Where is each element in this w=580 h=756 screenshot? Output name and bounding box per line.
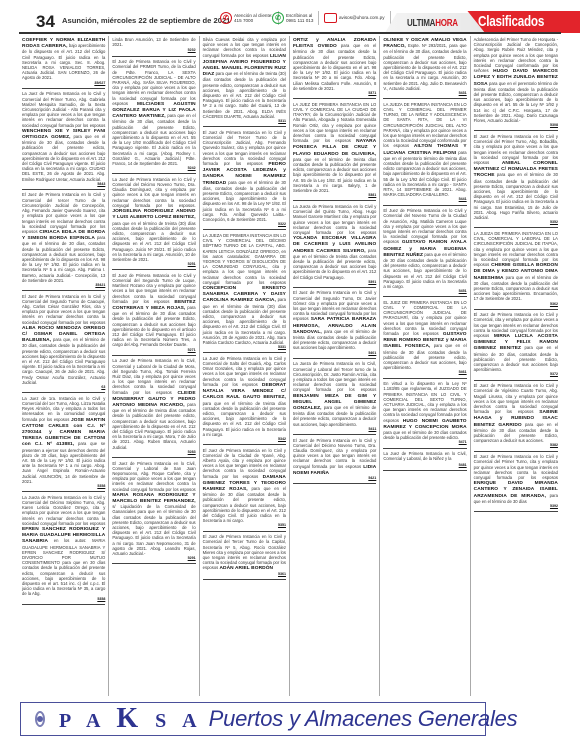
legal-notice: La Jueza de Primera Instancia en lo Civi… [293, 360, 376, 435]
contact-whatsapp: ✆ Escríbinos al0981 111 013 [272, 11, 319, 25]
column-5: OLINIKE Y OSCAR AMALIO VEGA FRANCO, Expt… [380, 36, 470, 696]
notice-text: Adolescencia del Primer Turno de Horquet… [474, 37, 558, 73]
notice-code: 5308 [474, 123, 558, 128]
notice-text: Linda Brun Asunción, 13 de Setiembre de … [112, 37, 195, 47]
legal-notice: El Juez de Primera Instancia en lo Civil… [474, 133, 558, 228]
notice-text: para que en el perentorio término de tre… [383, 150, 466, 198]
notice-names: JORGELINA RODRIGUEZ ANDINO Y LUIS ALBERT… [112, 209, 195, 220]
paksa-seal-icon [35, 711, 45, 727]
notice-code: 5311 [203, 119, 286, 124]
notice-text: para que en el término de treinta (30) d… [203, 297, 286, 345]
notice-text: El Juez de Primera Instancia en lo Civil… [112, 461, 195, 492]
legal-notice: El Juez de Primera Instancia en lo Civil… [474, 382, 558, 451]
whatsapp-icon: ✆ [272, 12, 284, 24]
notice-text: para que en el término de 30 días contad… [293, 43, 376, 91]
notice-text: El Juez de Primera Instancia en lo Civil… [22, 294, 105, 325]
notice-code: 5371 [293, 91, 376, 96]
notice-text: para que en el término de 30 días contad… [474, 172, 558, 220]
column-3: Silvia Cuevas Deidai cita y emplaza por … [200, 36, 290, 696]
legal-notice: La Juez de Primera Instancia en lo Civil… [112, 357, 195, 458]
notice-text: bajo apercibimiento de lo dispuesto en e… [22, 43, 105, 80]
notice-code: 5242 [112, 166, 195, 171]
section-title: Clasificados [478, 13, 544, 30]
notice-code: 5372 [474, 372, 558, 377]
notice-code: 5342 [203, 437, 286, 442]
notice-code: 5401 [293, 351, 376, 356]
notice-text: En virtud a lo dispuesto en la Ley Nº 1.… [383, 381, 466, 422]
legal-notice: El Juez de Primera Instancia en lo Civil… [112, 460, 195, 565]
brand-part: K [116, 703, 144, 734]
notice-text: La Juez de Primera Instancia en lo Civil… [112, 177, 195, 208]
legal-notice: El Juez de Primera Instancia en lo Civil… [293, 437, 376, 485]
legal-notice: El Juez de Primera Instancia en lo Civil… [22, 191, 105, 291]
notice-text: EL JUEZ DE PRIMERA INSTANCIA EN LO CIVIL… [383, 300, 466, 336]
column-2: Linda Brun Asunción, 13 de Setiembre de … [109, 36, 199, 696]
notice-code: 5411 [293, 427, 376, 432]
notice-text: El Juez de Primera Instancia en lo Civil… [474, 454, 558, 480]
notice-text: LA JUEZ DE PRIMERA INSTANCIA EN LO CIVIL… [293, 102, 376, 143]
logo-hora: HORA [435, 18, 458, 29]
notice-text: La Juez de Primera Instancia en lo Civil… [383, 451, 466, 461]
notice-code: 5361 [203, 572, 286, 577]
ultimahora-logo: ULTIMAHORA [407, 18, 458, 29]
notice-text: La Jueza de Primera Instancia en lo Civi… [293, 361, 376, 392]
notice-text: El Juez de Primera Instancia en lo Civil… [22, 192, 105, 233]
date-line: Asunción, miércoles 22 de septiembre de … [62, 16, 230, 25]
notice-text: La Jueza de Primera Instancia en lo Civi… [293, 204, 376, 235]
notice-code: 5283 [112, 450, 195, 455]
column-4: ORTIZ y ANALIA ZORAIDA FLEITAS OVIEDO pa… [290, 36, 380, 696]
notice-code: 5421 [293, 476, 376, 481]
notice-text: LA JUEZA DE PRIMERA INSTANCIA EN LO CIVI… [474, 231, 558, 267]
notice-code: 5431 [383, 91, 466, 96]
notice-text: para que en el término de treinta días c… [112, 402, 195, 450]
legal-notice: ORTIZ y ANALIA ZORAIDA FLEITAS OVIEDO pa… [293, 36, 376, 99]
legal-notice: El Juez de Primera Instancia en lo Civil… [112, 58, 195, 174]
legal-notice: La Juez de Primera Instancia en lo Civil… [112, 176, 195, 270]
legal-notice: La Jueza de Primera Instancia en lo Civi… [22, 494, 105, 605]
notice-code: 5352 [474, 220, 558, 225]
legal-notice: El Juez de Primera Instancia en lo Civil… [22, 293, 105, 394]
notice-code: 5271 [112, 348, 195, 353]
brand-part: P A [59, 710, 116, 732]
legal-notice: El Juez de Primera Instancia en lo Civil… [203, 447, 286, 532]
notice-names: ENRIQUE DAVID MIRANDA CANTERO Y ZENAIDA … [474, 481, 558, 498]
notice-code: 5391 [293, 280, 376, 285]
divider [390, 11, 391, 25]
paksa-tagline: Puertos y Almacenes Generales [209, 706, 518, 732]
legal-notice: La Juez de 1ra. Instancia en lo Civil y … [22, 395, 105, 492]
notice-code: 5481 [383, 463, 466, 468]
legal-notice: La Juez de Primera Instancia en lo Civil… [383, 450, 466, 471]
contact-whatsapp-value: 0981 111 013 [286, 18, 313, 23]
notice-code: 5362 [474, 302, 558, 307]
notice-code: 5441 [383, 197, 466, 202]
legal-notice: LA JUEZA DE PRIMERA INSTANCIA EN LO CIVI… [474, 230, 558, 310]
notice-text: Expte. Nº 293/2021, para que en el térmi… [383, 43, 466, 91]
brand-part: S A [144, 710, 202, 732]
notice-text: La Jueza de Primera Instancia en lo Civi… [22, 495, 105, 526]
notice-text: s/ Liquidación de la Comunidad de Gananc… [112, 504, 195, 556]
legal-notice: OLINIKE Y OSCAR AMALIO VEGA FRANCO, Expt… [383, 36, 466, 99]
contact-phone-label: Atención al cliente: [234, 13, 273, 18]
notice-text: para que en el término de treinta días c… [293, 157, 376, 193]
notice-names: CONCEPCION ERNESTO SANABRIA CABRERA Y DA… [203, 286, 286, 303]
divider [318, 11, 319, 25]
notice-code: 5322 [203, 222, 286, 227]
page-header: 34 Asunción, miércoles 22 de septiembre … [0, 0, 580, 32]
legal-notice: LA JUEZA DE PRIMERA INSTANCIA EN LO CIVI… [203, 232, 286, 353]
notice-code: 5843 [22, 182, 105, 187]
legal-notice: LA JUEZA DE PRIMERA INSTANCIA EN LO CIVI… [383, 101, 466, 206]
legal-notice: EL JUEZ DE PRIMERA INSTANCIA EN LO CIVIL… [383, 299, 466, 379]
notice-text: para que en el término de 30 días, conta… [203, 180, 286, 222]
notice-text: El Juez de Primera Instancia en lo Civil… [112, 59, 195, 106]
contact-whatsapp-label: Escríbinos al [286, 13, 312, 18]
legal-notice: Adolescencia del Primer Turno de Horquet… [474, 36, 558, 131]
paksa-advertisement[interactable]: P A K S A Puertos y Almacenes Generales [20, 702, 486, 736]
classifieds-columns: COEFFIER Y NORMA ELIZABETH RODAS CABRERA… [19, 36, 561, 696]
contact-phone: ✆ Atención al cliente:415 7000 [220, 11, 279, 25]
notice-code: 35421 [22, 283, 105, 288]
column-6: Adolescencia del Primer Turno de Horquet… [471, 36, 561, 696]
notice-text: para que en el término de 30 días, conta… [22, 134, 105, 182]
notice-text: para que en el término de 30 días contad… [112, 305, 195, 347]
legal-notice: La Juez de Primera Instancia en lo Civil… [22, 90, 105, 190]
notice-text: para que en el término de treinta (30) d… [203, 71, 286, 119]
contact-email[interactable]: avisos@uhora.com.py [324, 11, 391, 25]
legal-notice: El Juez de Primera Instancia en lo Civil… [203, 129, 286, 231]
notice-code: 5232 [112, 48, 195, 53]
notice-code: 5461 [383, 370, 466, 375]
notice-text: para que en el perentorio término de tre… [474, 81, 558, 123]
notice-text: El Juez de Primera Instancia en lo Civil… [203, 534, 286, 570]
notice-text: LA JUEZA DE PRIMERA INSTANCIA EN LO CIVI… [203, 233, 286, 285]
legal-notice: La Juez de Primera Instancia en lo Civil… [203, 355, 286, 445]
legal-notice: El Juez de Primera Instancia en lo Civil… [112, 272, 195, 356]
legal-notice: La Jueza de Primera Instancia en lo Civi… [293, 203, 376, 288]
legal-notice: El Juez de Primera Instancia en lo Civil… [474, 453, 558, 512]
legal-notice: El Juez de Primera Instancia en lo Civil… [383, 207, 466, 297]
column-1: COEFFIER Y NORMA ELIZABETH RODAS CABRERA… [19, 36, 109, 696]
paksa-brand: P A K S A [59, 703, 203, 735]
phone-icon: ✆ [220, 12, 232, 24]
page-number: 34 [36, 12, 55, 32]
notice-text: para que en el término de 30 días contad… [203, 486, 286, 523]
legal-notice: LA JUEZ DE PRIMERA INSTANCIA EN LO CIVIL… [293, 101, 376, 202]
notice-code: 5451 [383, 289, 466, 294]
contact-phone-value: 415 7000 [234, 18, 253, 23]
envelope-icon [324, 13, 337, 23]
contact-email-value[interactable]: avisos@uhora.com.py [339, 15, 385, 21]
notice-text: El Juez de Primera Instancia en lo Civil… [203, 130, 286, 166]
notice-text: para que en el término de 30 días contad… [383, 430, 466, 440]
notice-code: 5251 [112, 262, 195, 267]
notice-text: La Juez de Primera Instancia en lo Civil… [112, 358, 195, 394]
notice-names: YOLANDA ESCOBAR VILLAGRA DE CACERES y LU… [293, 236, 376, 253]
notice-text: para que en el término de treinta días c… [203, 401, 286, 437]
notice-code: 5358 [22, 484, 105, 489]
notice-text: para que en el término de 30 días contad… [383, 252, 466, 289]
notice-text: LA JUEZA DE PRIMERA INSTANCIA EN LO CIVI… [383, 102, 466, 149]
notice-names: MARIA ROSANA RODRIGUEZ Y MARCELO BENITEZ… [112, 493, 195, 504]
notice-text: para que en el término de 30 días, conta… [112, 113, 195, 166]
notice-text: El Juez de Primera Instancia en lo Civil… [383, 208, 466, 244]
notice-text: La Juez de Primera Instancia en lo Civil… [22, 91, 105, 127]
notice-code: 5381 [293, 193, 376, 198]
notice-code: 5291 [112, 556, 195, 561]
legal-notice: COEFFIER Y NORMA ELIZABETH RODAS CABRERA… [22, 36, 105, 89]
notice-text: para que, en el término de 30 días, cont… [22, 337, 105, 385]
legal-notice: El Juez de Primera Instancia en lo Civil… [474, 311, 558, 380]
notice-code: 5471 [383, 440, 466, 445]
notice-code: 5351 [203, 523, 286, 528]
notice-text: para que se presenten a ejercer sus dere… [22, 441, 105, 483]
legal-notice: El Juez de Primera Instancia en lo Civil… [293, 289, 376, 358]
header-rule [19, 32, 561, 34]
logo-ultima: ULTIMA [407, 18, 435, 29]
legal-notice: Linda Brun Asunción, 13 de Setiembre de … [112, 36, 195, 57]
notice-names: ADÁN ARIEL BORDÓN [219, 566, 273, 571]
notice-code: 63 [22, 385, 105, 390]
legal-notice: Silvia Cuevas Deidai cita y emplaza por … [203, 36, 286, 127]
notice-code: 35/627 [22, 81, 105, 86]
legal-notice: El Juez de Primera Instancia en lo Civil… [203, 533, 286, 580]
notice-code: 5358 [22, 597, 105, 602]
notice-text: para que en el término de 30 días, conta… [22, 235, 105, 283]
notice-code: 5382 [474, 443, 558, 448]
notice-code: 5392 [474, 504, 558, 509]
legal-notice: En virtud a lo dispuesto en la Ley Nº 1.… [383, 380, 466, 448]
notice-text: para que en el término de treinta (30) d… [112, 221, 195, 262]
notice-text: en los autos: MARIA GUADALUPE HERMOSILLA… [22, 538, 105, 596]
notice-code: 5331 [203, 345, 286, 350]
